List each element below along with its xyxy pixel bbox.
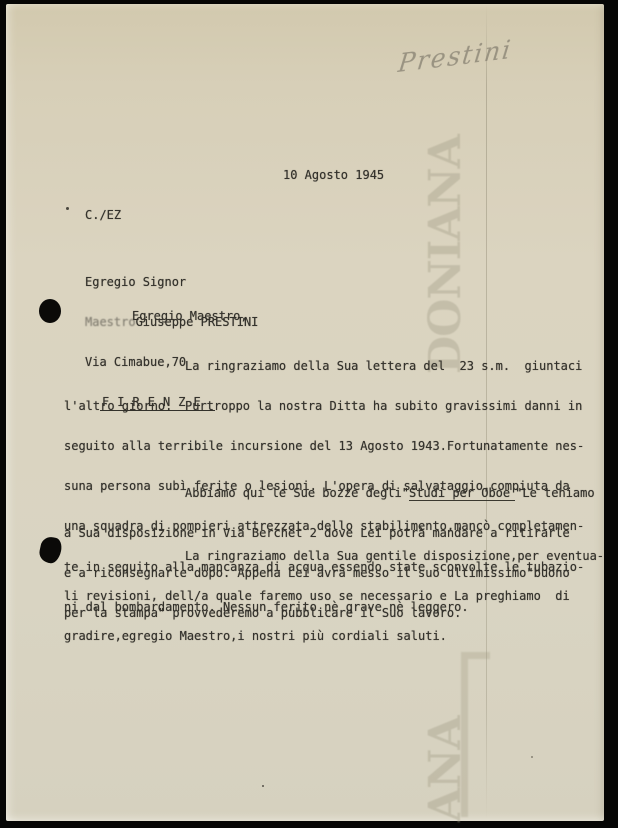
watermark-bracket bbox=[461, 652, 490, 817]
body-line: Abbiamo qui le Sue bozze degli"Studi per… bbox=[64, 487, 595, 500]
dust-speck bbox=[66, 207, 69, 210]
body-line: Purtroppo la nostra Ditta ha subito grav… bbox=[64, 400, 584, 413]
letter-page: DONIANA ANA Prestini 10 Agosto 1945 C./E… bbox=[6, 4, 604, 821]
paragraph-4: La ringraziamo della Sua gentile disposi… bbox=[64, 523, 604, 670]
body-text: Abbiamo qui le Sue bozze degli" bbox=[185, 486, 409, 500]
body-line: seguito alla terribile incursione del 13… bbox=[64, 440, 584, 453]
recipient-title: Egregio Signor bbox=[85, 276, 258, 289]
body-text: "Le teniamo bbox=[515, 486, 594, 500]
body-line: li revisioni, dell/a quale faremo uso se… bbox=[64, 590, 604, 603]
dust-speck bbox=[531, 756, 533, 758]
body-line: La ringraziamo della Sua lettera del 23 … bbox=[64, 360, 582, 373]
punch-hole-top bbox=[39, 299, 61, 323]
scanner-bed: { "colors": { "paper": "#d9d3c0", "ink":… bbox=[0, 0, 618, 828]
punch-hole-bottom bbox=[38, 535, 64, 565]
date-line: 10 Agosto 1945 bbox=[283, 169, 384, 182]
salutation: Egregio Maestro, bbox=[132, 310, 248, 323]
watermark-top-text: DONIANA bbox=[420, 84, 471, 374]
reference-code: C./EZ bbox=[85, 209, 121, 222]
body-line: La ringraziamo della Sua gentile disposi… bbox=[64, 550, 604, 563]
body-line: gradire,egregio Maestro,i nostri più cor… bbox=[64, 630, 604, 643]
handwritten-note: Prestini bbox=[397, 35, 514, 79]
underlined-title: Studi per Oboe bbox=[409, 486, 515, 501]
dust-speck bbox=[262, 785, 264, 787]
recipient-overstruck-word: Maestro bbox=[85, 315, 136, 329]
